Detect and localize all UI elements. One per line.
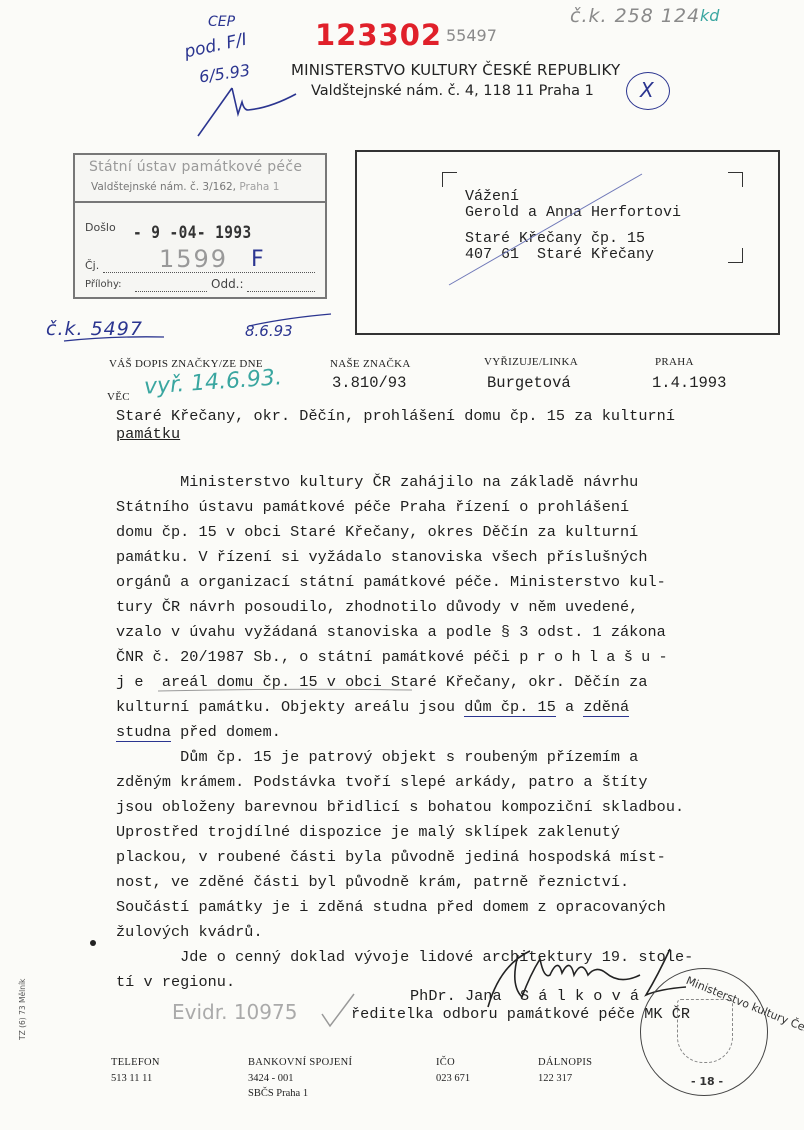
diagonal-strike-icon [357,152,782,337]
registration-number-stamp: 123302 [315,18,442,52]
printer-mark: TZ (6) 73 Mělník [18,979,27,1040]
checkmark-icon [318,990,358,1030]
body-line: Státního ústavu památkové péče Praha říz… [116,498,629,516]
body-line: Uprostřed trojdílné dispozice je malý sk… [116,823,620,841]
pencil-evidence-note: Evidr. 10975 [172,1000,297,1024]
body-text: kulturní památku. Objekty areálu jsou [116,698,464,716]
received-stamp-header: Státní ústav památkové péče Valdštejnské… [75,155,325,203]
phone-label: TELEFON [111,1057,160,1068]
ico-label: IČO [436,1057,455,1068]
highlighted-well: studna [116,723,171,742]
bank-account: 3424 - 001 [248,1073,294,1084]
telex-label: DÁLNOPIS [538,1057,592,1068]
department-dotted-line [247,291,315,292]
official-round-seal: Ministerstvo kultury České republiky - 1… [640,968,768,1096]
declaration-word: prohlašu- [519,648,676,666]
body-text: před domem. [171,723,281,741]
stamp-address-city: Praha 1 [239,181,279,193]
body-line: Součástí památky je i zděná studna před … [116,898,666,916]
subject-line-1: Staré Křečany, okr. Děčín, prohlášení do… [116,407,675,425]
initials-stroke-icon [190,80,300,140]
signatory-title: ředitelka odboru památkové péče MK ČR [351,1005,690,1023]
stamp-address: Valdštejnské nám. č. 3/162, Praha 1 [91,181,279,193]
pencil-number: 55497 [446,26,497,45]
recipient-address-box: Vážení Gerold a Anna Herfortovi Staré Kř… [355,150,780,335]
our-ref-value: 3.810/93 [332,374,406,392]
body-line: žulových kvádrů. [116,923,263,941]
our-ref-label: NAŠE ZNAČKA [330,358,411,370]
body-line: orgánů a organizací státní památkové péč… [116,573,666,591]
place-label: PRAHA [655,356,694,368]
highlighted-brick: zděná [583,698,629,717]
underline-stroke-icon [60,334,170,344]
ref-number-value: 1599 [159,245,228,273]
body-line: nost, ve zděné části byl původně krám, p… [116,873,629,891]
bank-label: BANKOVNÍ SPOJENÍ [248,1057,352,1068]
ico-value: 023 671 [436,1073,470,1084]
body-line: domu čp. 15 v obci Staré Křečany, okres … [116,523,638,541]
received-label: Došlo [85,221,116,234]
body-line: tury ČR návrh posoudilo, zhodnotilo důvo… [116,598,638,616]
signatory-name: PhDr. Jana S á l k o v á [410,987,639,1005]
stamp-handwritten-mark: F [251,247,264,272]
body-line: studna před domem. [116,723,281,741]
body-line: Ministerstvo kultury ČR zahájilo na zákl… [116,473,638,491]
pencil-underline-icon [156,687,416,693]
date-underline-icon [245,312,335,328]
body-line-declaration: ČNR č. 20/1987 Sb., o státní památkové p… [116,648,676,666]
ministry-name: MINISTERSTVO KULTURY ČESKÉ REPUBLIKY [291,61,620,79]
body-line: plackou, v roubené části byla původně je… [116,848,666,866]
body-line: památku. V řízení si vyžádalo stanoviska… [116,548,648,566]
body-line: kulturní památku. Objekty areálu jsou dů… [116,698,629,716]
circled-x-mark: X [626,72,670,110]
body-line: Dům čp. 15 je patrový objekt s roubeným … [116,748,638,766]
seal-number: - 18 - [691,1075,723,1088]
handwritten-note-pod: pod. F/I [183,30,249,63]
handled-by-label: VYŘIZUJE/LINKA [484,356,578,368]
body-line: jsou obloženy barevnou břidlicí s bohato… [116,798,684,816]
attachments-dotted-line [135,291,207,292]
handwritten-note-cep: CEP [208,14,235,30]
handwritten-initials: kd [700,6,719,25]
highlighted-house: dům čp. 15 [464,698,556,717]
phone-value: 513 11 11 [111,1073,152,1084]
body-text: a [556,698,584,716]
received-stamp: Státní ústav památkové péče Valdštejnské… [73,153,327,299]
body-line: vzalo v úvahu vyžádaná stanoviska a podl… [116,623,666,641]
stamp-address-main: Valdštejnské nám. č. 3/162, [91,181,236,193]
handled-by-value: Burgetová [487,374,571,392]
bank-name: SBČS Praha 1 [248,1088,308,1099]
bullet-dot [90,940,96,946]
body-text: ČNR č. 20/1987 Sb., o státní památkové p… [116,648,519,666]
circled-mark-letter: X [640,78,654,102]
attachments-label: Přílohy: [85,279,122,290]
received-date: - 9 -04- 1993 [133,223,252,243]
telex-value: 122 317 [538,1073,572,1084]
letter-date: 1.4.1993 [652,374,726,392]
seal-emblem-icon [677,999,733,1063]
body-line: tí v regionu. [116,973,235,991]
department-label: Odd.: [211,277,244,291]
subject-line-2: památku [116,425,180,443]
ministry-address: Valdštejnské nám. č. 4, 118 11 Praha 1 [311,83,594,99]
subject-label: VĚC [107,391,130,403]
body-line: zděným krámem. Podstávka tvoří slepé ark… [116,773,648,791]
handwritten-resolved-note: vyř. 14.6.93. [143,365,282,400]
ref-number-label: Čj. [85,259,99,272]
stamp-organization: Státní ústav památkové péče [89,159,302,175]
handwritten-reference-top-right: č.k. 258 124 [570,5,700,27]
